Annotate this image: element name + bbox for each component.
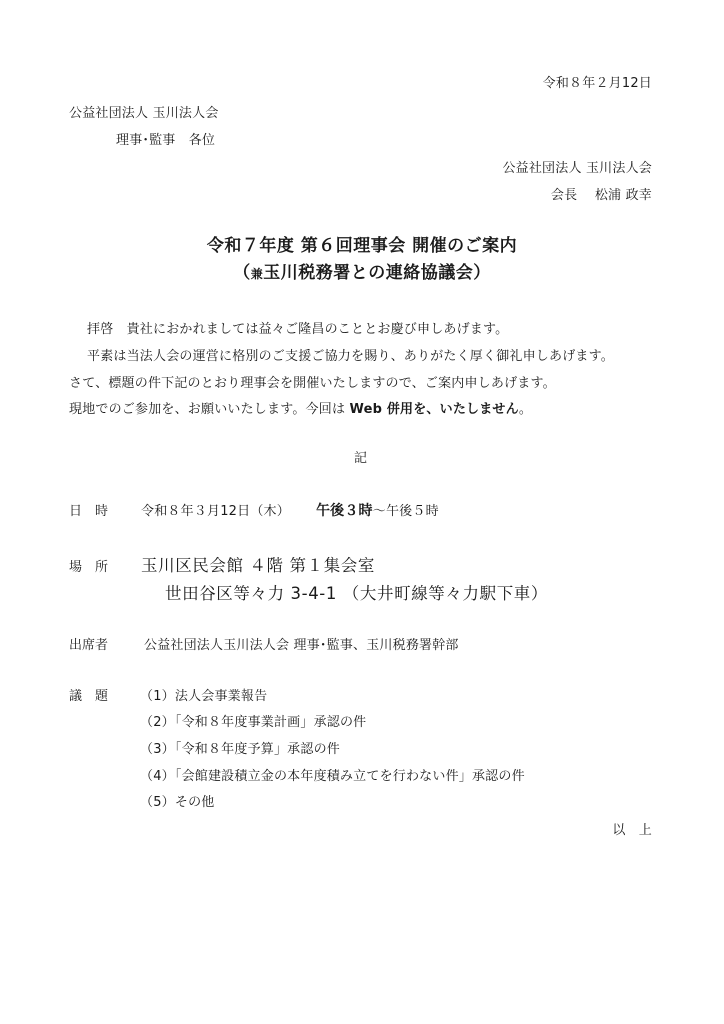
datetime-start-time: 午後３時 — [316, 503, 373, 519]
place-venue: 玉川区民会館 ４階 第１集会室 — [141, 552, 375, 576]
body-paragraph-3: さて、標題の件下記のとおり理事会を開催いたしますので、ご案内申しあげます。 — [69, 372, 556, 391]
datetime-date: 令和８年３月12日（木） — [141, 504, 290, 519]
ki-heading: 記 — [354, 447, 367, 466]
document-title: 令和７年度 第６回理事会 開催のご案内 — [0, 231, 724, 256]
subtitle-small-char: 兼 — [251, 267, 264, 281]
body-p4-bold: Web 併用を、いたしません — [350, 402, 519, 417]
datetime-value: 令和８年３月12日（木）午後３時～午後５時 — [141, 500, 439, 520]
subtitle-rest: 玉川税務署との連絡協議会） — [263, 263, 491, 283]
sender-name: 会長 松浦 政幸 — [551, 184, 652, 203]
place-label: 場 所 — [69, 556, 108, 575]
agenda-item: （4）「会館建設積立金の本年度積み立てを行わない件」承認の件 — [140, 765, 525, 784]
datetime-end-time: ～午後５時 — [373, 504, 439, 519]
agenda-item: （3）「令和８年度予算」承認の件 — [140, 738, 340, 757]
sender-org: 公益社団法人 玉川法人会 — [502, 157, 652, 176]
recipient-title: 理事･監事 各位 — [116, 129, 215, 148]
agenda-label: 議 題 — [69, 685, 108, 704]
closing-text: 以 上 — [612, 819, 652, 838]
attendees-label: 出席者 — [69, 634, 108, 653]
attendees-value: 公益社団法人玉川法人会 理事･監事、玉川税務署幹部 — [144, 634, 459, 653]
agenda-item: （1）法人会事業報告 — [140, 685, 267, 704]
place-address: 世田谷区等々力 3-4-1 （大井町線等々力駅下車） — [165, 580, 548, 604]
agenda-item: （2）「令和８年度事業計画」承認の件 — [140, 711, 366, 730]
letter-date: 令和８年２月12日 — [543, 72, 652, 91]
agenda-item: （5）その他 — [140, 791, 214, 810]
datetime-label: 日 時 — [69, 500, 108, 519]
body-p4-normal: 現地でのご参加を、お願いいたします。今回は — [69, 402, 350, 417]
body-paragraph-2: 平素は当法人会の運営に格別のご支援ご協力を賜り、ありがたく厚く御礼申しあげます。 — [87, 345, 614, 364]
recipient-org: 公益社団法人 玉川法人会 — [69, 102, 219, 121]
body-paragraph-4: 現地でのご参加を、お願いいたします。今回は Web 併用を、いたしません。 — [69, 398, 532, 417]
subtitle-open-paren: （ — [233, 263, 251, 283]
body-paragraph-1: 拝啓 貴社におかれましては益々ご隆昌のこととお慶び申しあげます。 — [87, 318, 508, 337]
body-p4-end: 。 — [519, 402, 532, 417]
document-subtitle: （兼玉川税務署との連絡協議会） — [0, 258, 724, 283]
